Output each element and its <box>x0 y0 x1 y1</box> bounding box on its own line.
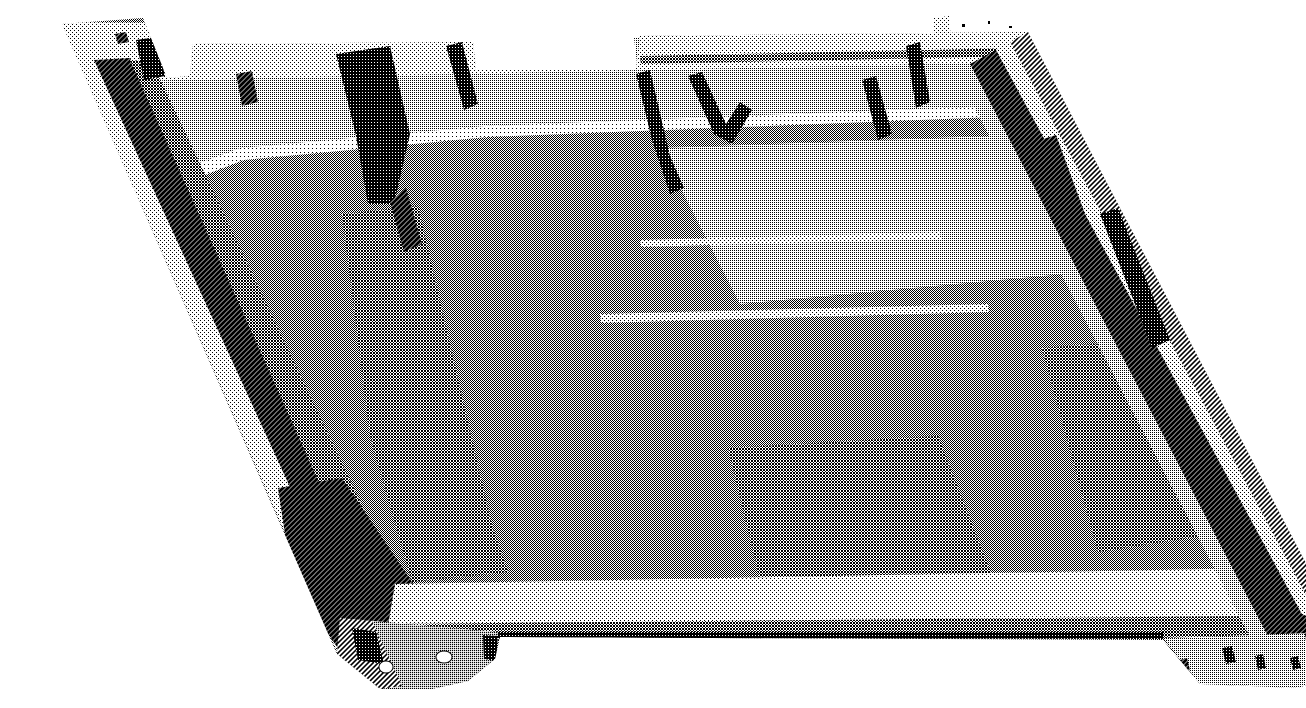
film-speck <box>1009 26 1012 28</box>
halftone-photo-figure: Rectangular industrial tray / panel with… <box>40 16 1306 692</box>
left-foot-hole <box>379 661 393 673</box>
film-speck <box>988 21 990 24</box>
halftone-photo: Rectangular industrial tray / panel with… <box>40 16 1306 692</box>
film-speck <box>962 24 965 27</box>
left-foot-hole <box>436 651 452 663</box>
